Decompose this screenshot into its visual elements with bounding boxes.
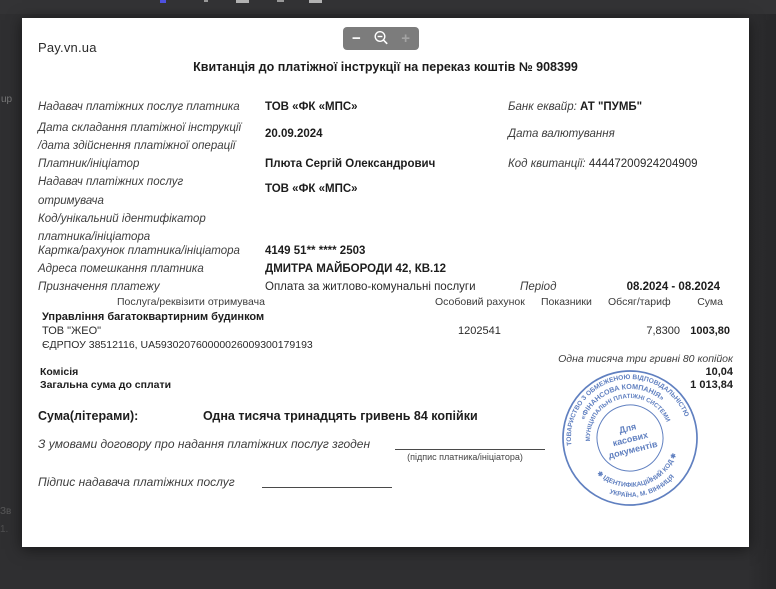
sum-in-words-small: Одна тисяча три гривні 80 копійок [558,353,733,365]
provider-signature-text: Підпис надавача платіжних послуг [38,475,235,489]
receipt-code-field: Код квитанції: 44447200924204909 [508,158,698,170]
agreement-text: З умовами договору про надання платіжних… [38,437,370,451]
field-label: Картка/рахунок платника/ініціатора [38,245,240,257]
field-value: 20.09.2024 [265,128,323,140]
table-account-value: 1202541 [458,325,501,337]
field-value: 44447200924204909 [589,158,698,170]
field-label: платника/ініціатора [38,231,150,243]
field-label: Період [520,281,556,293]
sum-letters-value: Одна тисяча тринадцять гривень 84 копійк… [203,409,478,423]
brand-logo: Pay.vn.ua [38,40,97,55]
field-value: ТОВ «ФК «МПС» [265,183,358,195]
table-header-sum: Сума [697,296,723,308]
table-header-service: Послуга/реквізити отримувача [117,296,265,308]
zoom-out-button[interactable]: − [352,31,361,46]
field-label: Дата валютування [508,128,615,140]
clipped-toolbar-icon [204,0,208,2]
bank-acquirer-field: Банк еквайр: АТ "ПУМБ" [508,101,642,113]
field-value: АТ "ПУМБ" [580,101,642,113]
seal-ring-outer-bottom: УКРАЇНА, М. ВІННИЦЯ [607,472,679,505]
dimmed-page-text-fragment: 1. [0,524,8,535]
field-value: 08.2024 - 08.2024 [627,281,720,293]
dimmed-page-text-fragment: up [1,94,12,105]
magnifier-minus-icon[interactable] [373,30,390,47]
field-label: Код/унікальний ідентифікатор [38,213,206,225]
table-header-indicators: Показники [541,296,592,308]
sum-letters-label: Сума(літерами): [38,409,138,423]
table-header-volume: Обсяг/тариф [608,296,671,308]
field-value: Плюта Сергій Олександрович [265,158,435,170]
commission-value: 10,04 [705,366,733,378]
dimmed-background-strip [749,14,776,589]
screen: { "background": { "fragments": { "left_m… [0,0,776,589]
field-label: Код квитанції: [508,158,586,170]
field-label: Надавач платіжних послуг [38,176,183,188]
svg-text:УКРАЇНА, М. ВІННИЦЯ: УКРАЇНА, М. ВІННИЦЯ [607,472,679,505]
table-service-name: Управління багатоквартирним будинком [42,311,264,323]
field-label: Платник/ініціатор [38,158,139,170]
field-label: Надавач платіжних послуг платника [38,101,240,113]
field-label: отримувача [38,195,104,207]
field-value: 4149 51** **** 2503 [265,245,365,257]
zoom-toolbar: − + [343,27,419,50]
field-label: Призначення платежу [38,281,160,293]
field-label: Адреса помешкання платника [38,263,204,275]
table-volume-value: 7,8300 [646,325,680,337]
commission-label: Комісія [40,366,78,378]
table-recipient-name: ТОВ "ЖЕО" [42,325,101,337]
field-value: ДМИТРА МАЙБОРОДИ 42, КВ.12 [265,263,446,275]
viewer-top-bar [0,0,776,14]
zoom-in-button[interactable]: + [401,31,410,46]
table-header-account: Особовий рахунок [435,296,525,308]
clipped-toolbar-icon [236,0,249,3]
field-label: Банк еквайр: [508,101,577,113]
table-sum-value: 1003,80 [690,325,730,337]
clipped-toolbar-icon [309,0,322,3]
payer-signature-line [395,449,545,450]
company-seal-stamp: ТОВАРИСТВО З ОБМЕЖЕНОЮ ВІДПОВІДАЛЬНІСТЮ … [560,368,700,508]
clipped-toolbar-icon [160,0,166,3]
field-value: ТОВ «ФК «МПС» [265,101,358,113]
payer-signature-caption: (підпис платника/ініціатора) [390,452,540,462]
dimmed-page-text-fragment: Зв [0,506,11,517]
total-label: Загальна сума до сплати [40,379,171,391]
field-label: /дата здійснення платіжної операції [38,140,235,152]
field-value: Оплата за житлово-комунальні послуги [265,281,476,293]
clipped-toolbar-icon [277,0,284,2]
table-recipient-requisites: ЄДРПОУ 38512116, UA593020760000026009300… [42,339,313,351]
receipt-document: Pay.vn.ua − + Квитанція до платіжної інс… [22,18,749,547]
field-label: Дата складання платіжної інструкції [38,122,241,134]
receipt-title: Квитанція до платіжної інструкції на пер… [22,60,749,74]
provider-signature-line [262,487,392,488]
